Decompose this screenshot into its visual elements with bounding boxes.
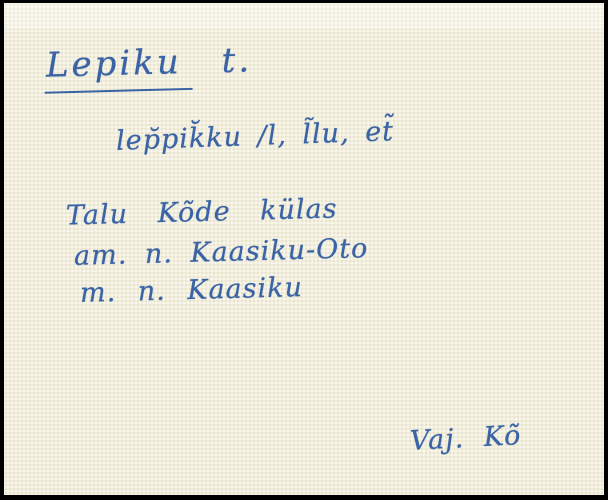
index-card-paper: Lepiku t. lep̆pik̆ku /l, l̃lu, et̃ Talu … (4, 3, 604, 495)
official-name-line: am. n. Kaasiku-Oto (74, 233, 369, 272)
place-name-title: Lepiku (43, 42, 192, 94)
collector-signature: Vaj. Kõ (409, 420, 522, 457)
pronunciation-line: lep̆pik̆ku /l, l̃lu, et̃ (116, 116, 395, 157)
object-type-abbreviation: t. (221, 40, 253, 81)
location-line: Talu Kõde külas (66, 193, 338, 231)
common-name-line: m. n. Kaasiku (80, 272, 304, 309)
card-title-line: Lepiku t. (43, 40, 252, 93)
scanned-index-card: Lepiku t. lep̆pik̆ku /l, l̃lu, et̃ Talu … (0, 0, 608, 500)
